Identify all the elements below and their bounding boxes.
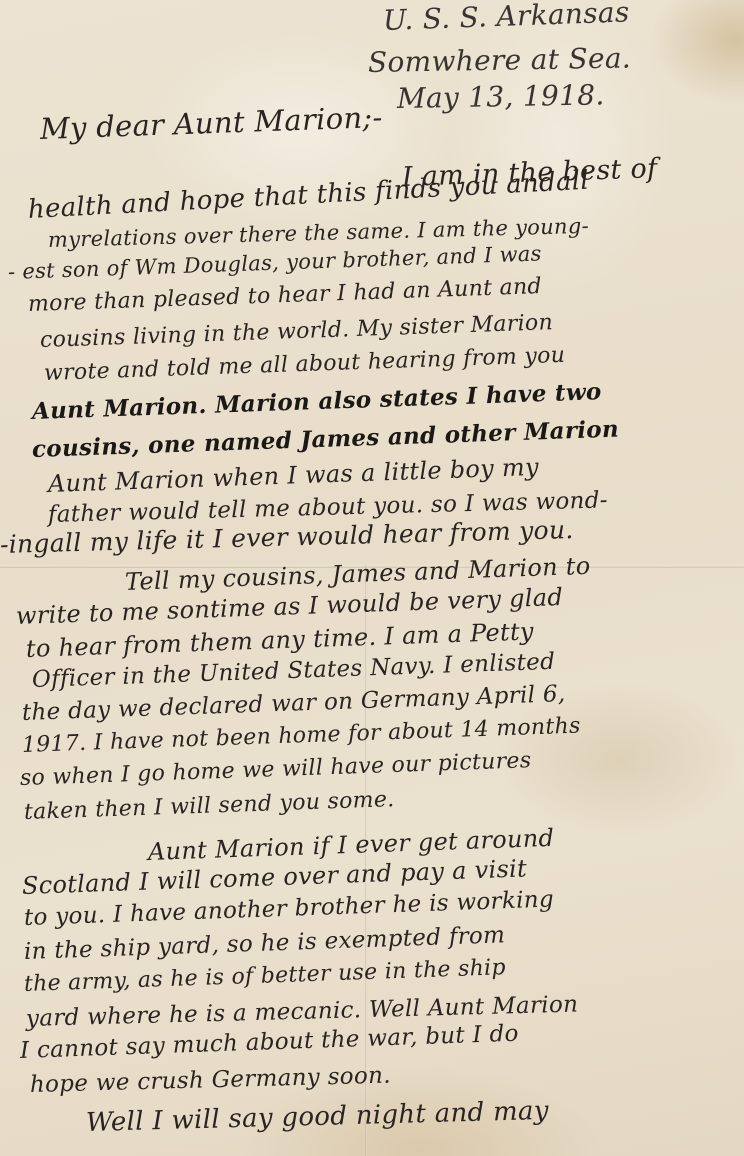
header-date: May 13, 1918. [397, 78, 605, 115]
header-location: Somwhere at Sea. [368, 41, 632, 79]
